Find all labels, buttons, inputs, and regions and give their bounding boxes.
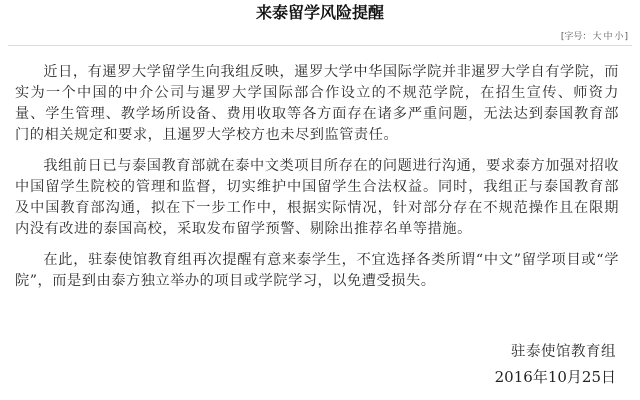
font-size-control: [字号：大中小] xyxy=(561,30,628,44)
font-size-label: [字号： xyxy=(561,32,592,42)
signature: 驻泰使馆教育组 xyxy=(511,339,616,365)
font-size-small-button[interactable]: 小 xyxy=(614,32,623,42)
article-body: 近日，有暹罗大学留学生向我组反映，暹罗大学中华国际学院并非暹罗大学自有学院，而实… xyxy=(15,62,619,302)
font-size-large-button[interactable]: 大 xyxy=(592,32,601,42)
paragraph-1: 近日，有暹罗大学留学生向我组反映，暹罗大学中华国际学院并非暹罗大学自有学院，而实… xyxy=(15,62,619,146)
font-size-medium-button[interactable]: 中 xyxy=(603,32,612,42)
header-divider xyxy=(8,45,632,46)
publish-date: 2016年10月25日 xyxy=(495,364,616,390)
paragraph-2: 我组前日已与泰国教育部就在泰中文类项目所存在的问题进行沟通，要求泰方加强对招收中… xyxy=(15,156,619,240)
article-title: 来泰留学风险提醒 xyxy=(0,2,640,24)
paragraph-3: 在此，驻泰使馆教育组再次提醒有意来泰学生，不宜选择各类所谓“中文”留学项目或“学… xyxy=(15,250,619,292)
font-size-bracket-close: ] xyxy=(624,32,628,42)
